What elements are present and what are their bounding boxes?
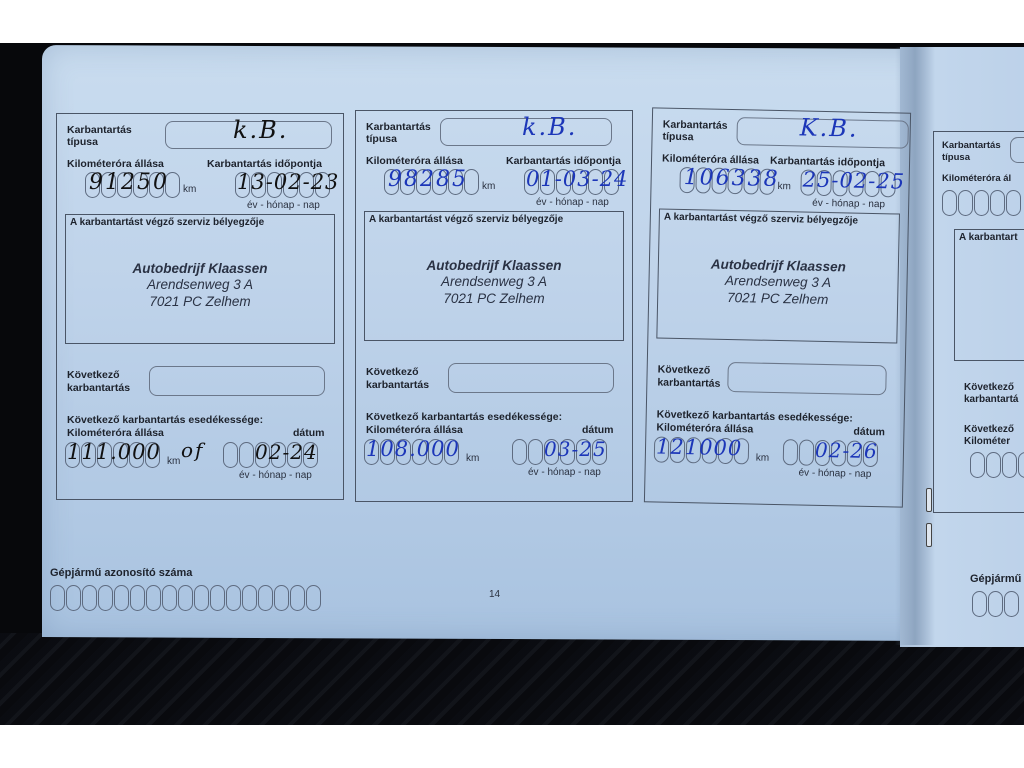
right-vehicle-id-cells <box>972 591 1020 617</box>
type-value: k.B. <box>233 116 288 144</box>
type-label-1: Karbantartás <box>67 124 132 136</box>
next-date-format-hint: év - hónap - nap <box>528 467 601 478</box>
next-service-field <box>448 363 614 393</box>
type-label-2: típusa <box>366 133 397 145</box>
next-odometer-label: Kilométeróra állása <box>366 424 463 436</box>
service-date-value: 13-02-23 <box>237 170 339 194</box>
next-label-1: Következő <box>67 369 120 381</box>
next-due-km-value: 108.000 <box>366 437 460 461</box>
card4-stamp-box: A karbantart <box>954 229 1024 361</box>
odometer-value: 106338 <box>683 165 779 192</box>
service-card-1: Karbantartás típusa k.B. Kilométeróra ál… <box>56 113 344 500</box>
service-card-4-partial: Karbantartás típusa Kilométeróra ál A ka… <box>933 131 1024 513</box>
service-date-value: 01-03-24 <box>526 167 628 191</box>
staple-top <box>926 488 932 512</box>
service-date-value: 25-02-25 <box>802 168 905 194</box>
date-format-hint: év - hónap - nap <box>247 200 320 211</box>
next-due-km-value: 111.000 <box>67 440 161 464</box>
next-due-label: Következő karbantartás esedékessége: <box>67 414 263 426</box>
service-card-2: Karbantartás típusa k.B. Kilométeróra ál… <box>355 110 633 502</box>
stamp-title: A karbantartást végző szerviz bélyegzője <box>664 212 858 227</box>
next-due-km-value: 121000 <box>656 434 743 460</box>
service-date-label: Karbantartás időpontja <box>506 155 621 167</box>
odometer-label: Kilométeróra állása <box>662 153 759 167</box>
km-unit: km <box>482 181 495 192</box>
stamp-title: A karbantartást végző szerviz bélyegzője <box>369 214 563 225</box>
card4-type-label2: típusa <box>942 152 970 164</box>
type-label-1: Karbantartás <box>366 121 431 133</box>
next-date-format-hint: év - hónap - nap <box>798 467 871 480</box>
next-km-unit: km <box>466 453 479 464</box>
next-date-label: dátum <box>853 426 885 439</box>
km-unit: km <box>183 184 196 195</box>
vehicle-id-label: Gépjármű azonosító száma <box>50 567 192 579</box>
card4-type-box <box>1010 137 1024 163</box>
next-label-1: Következő <box>366 366 419 378</box>
next-odometer-label: Kilométeróra állása <box>67 427 164 439</box>
card4-next-odometer-cells <box>970 452 1024 478</box>
right-vehicle-id-label: Gépjármű <box>970 573 1021 585</box>
photo: Karbantartás típusa k.B. Kilométeróra ál… <box>0 43 1024 725</box>
fabric-background <box>0 633 1024 725</box>
next-due-date-value: 02-24 <box>255 440 318 464</box>
card4-next-due-label: Következő <box>964 424 1014 436</box>
next-label-2: karbantartás <box>366 379 429 391</box>
stamp-street: Arendsenweg 3 A <box>365 273 623 290</box>
next-km-unit: km <box>167 456 180 467</box>
card4-next-label1: Következő <box>964 382 1014 394</box>
stamp-box: A karbantartást végző szerviz bélyegzője… <box>65 214 335 344</box>
stamp-city: 7021 PC Zelhem <box>66 293 334 310</box>
type-label-2: típusa <box>67 136 98 148</box>
stamp-box: A karbantartást végző szerviz bélyegzője… <box>656 208 900 343</box>
date-format-hint: év - hónap - nap <box>812 198 885 211</box>
date-format-hint: év - hónap - nap <box>536 197 609 208</box>
km-unit: km <box>777 181 791 192</box>
card4-stamp-title: A karbantart <box>959 232 1018 243</box>
stamp-street: Arendsenweg 3 A <box>66 276 334 293</box>
service-date-label: Karbantartás időpontja <box>207 158 322 170</box>
stamp-box: A karbantartást végző szerviz bélyegzője… <box>364 211 624 341</box>
stamp-title: A karbantartást végző szerviz bélyegzője <box>70 217 264 228</box>
type-value: K.B. <box>799 113 858 142</box>
card4-next-odometer-label: Kilométer <box>964 436 1010 448</box>
service-card-3: Karbantartás típusa K.B. Kilométeróra ál… <box>644 107 911 507</box>
card4-odometer-cells <box>942 190 1022 216</box>
stamp-city: 7021 PC Zelhem <box>365 290 623 307</box>
staple-bottom <box>926 523 932 547</box>
next-due-date-value: 03-25 <box>544 437 607 461</box>
odometer-label: Kilométeróra állása <box>67 158 164 170</box>
service-stamp: Autobedrijf Klaassen Arendsenweg 3 A 702… <box>66 261 334 310</box>
odometer-value: 91250 <box>89 170 169 195</box>
page-number: 14 <box>489 589 500 600</box>
next-date-label: dátum <box>293 427 325 439</box>
next-due-label: Következő karbantartás esedékessége: <box>366 411 562 423</box>
card4-type-label1: Karbantartás <box>942 140 1001 152</box>
stamp-company: Autobedrijf Klaassen <box>365 258 623 273</box>
type-value: k.B. <box>522 113 577 141</box>
stamp-city: 7021 PC Zelhem <box>658 288 897 310</box>
odometer-value: 98285 <box>388 167 468 192</box>
next-due-km-suffix: of <box>181 438 204 462</box>
next-service-field <box>727 362 887 395</box>
next-date-label: dátum <box>582 424 614 436</box>
next-label-2: karbantartás <box>657 377 720 390</box>
next-service-field <box>149 366 325 396</box>
next-date-format-hint: év - hónap - nap <box>239 470 312 481</box>
next-km-unit: km <box>756 453 770 464</box>
vehicle-id-cells <box>50 585 322 611</box>
next-label-2: karbantartás <box>67 382 130 394</box>
service-stamp: Autobedrijf Klaassen Arendsenweg 3 A 702… <box>365 258 623 307</box>
next-odometer-label: Kilométeróra állása <box>656 421 753 435</box>
stamp-company: Autobedrijf Klaassen <box>66 261 334 276</box>
card4-odometer-label: Kilométeróra ál <box>942 173 1011 185</box>
card4-next-label2: karbantartá <box>964 394 1018 406</box>
next-label-1: Következő <box>658 364 711 377</box>
service-stamp: Autobedrijf Klaassen Arendsenweg 3 A 702… <box>658 256 898 310</box>
next-due-date-value: 02-26 <box>815 438 878 463</box>
odometer-label: Kilométeróra állása <box>366 155 463 167</box>
type-label-2: típusa <box>662 131 693 144</box>
